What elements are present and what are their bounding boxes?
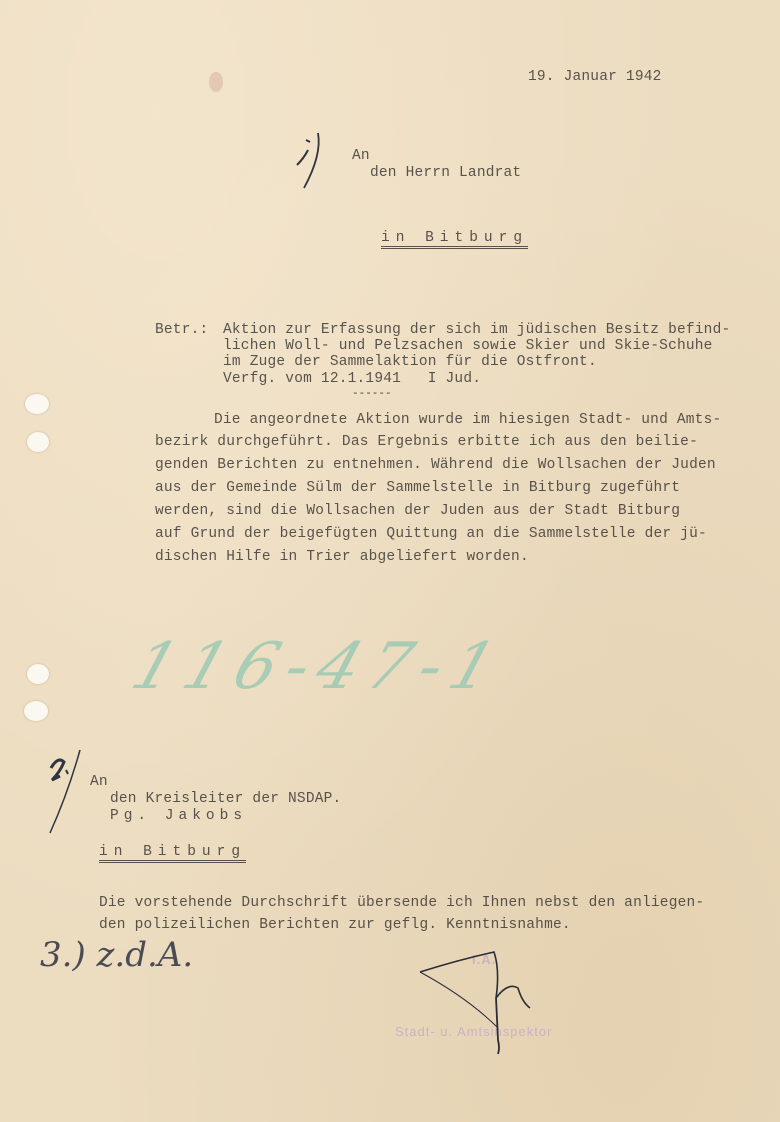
- location-bitburg-2: in Bitburg: [99, 842, 246, 862]
- recipient-an-2: An: [90, 772, 108, 792]
- handwritten-number-1: [292, 130, 332, 190]
- body-line: genden Berichten zu entnehmen. Während d…: [155, 455, 716, 475]
- body-line: Die angeordnete Aktion wurde im hiesigen…: [214, 410, 721, 430]
- body-line: werden, sind die Wollsachen der Juden au…: [155, 501, 680, 521]
- recipient-jakobs: Pg. Jakobs: [110, 806, 247, 826]
- punch-hole: [25, 394, 49, 414]
- body-line: bezirk durchgeführt. Das Ergebnis erbitt…: [155, 432, 698, 452]
- subject-line: Verfg. vom 12.1.1941 I Jud.: [223, 369, 481, 389]
- section2-body-line: Die vorstehende Durchschrift übersende i…: [99, 893, 704, 913]
- file-number-annotation: 116-47-1: [123, 630, 515, 704]
- paper-stain: [209, 72, 223, 92]
- handwritten-number-2: [46, 748, 86, 838]
- body-line: aus der Gemeinde Sülm der Sammelstelle i…: [155, 478, 680, 498]
- subject-separator: ------: [352, 388, 392, 400]
- body-line: auf Grund der beigefügten Quittung an di…: [155, 524, 707, 544]
- recipient-landrat: den Herrn Landrat: [370, 163, 521, 183]
- section2-body-line: den polizeilichen Berichten zur geflg. K…: [99, 915, 571, 935]
- punch-hole: [27, 432, 49, 452]
- handwritten-note-zda: 3.) z.d.A.: [40, 935, 193, 975]
- document-date: 19. Januar 1942: [528, 67, 662, 87]
- punch-hole: [24, 701, 48, 721]
- location-bitburg-1: in Bitburg: [381, 228, 528, 248]
- punch-hole: [27, 664, 49, 684]
- subject-label: Betr.:: [155, 320, 208, 340]
- recipient-an-1: An: [352, 146, 370, 166]
- signature: [418, 950, 538, 1060]
- body-line: dischen Hilfe in Trier abgeliefert worde…: [155, 547, 529, 567]
